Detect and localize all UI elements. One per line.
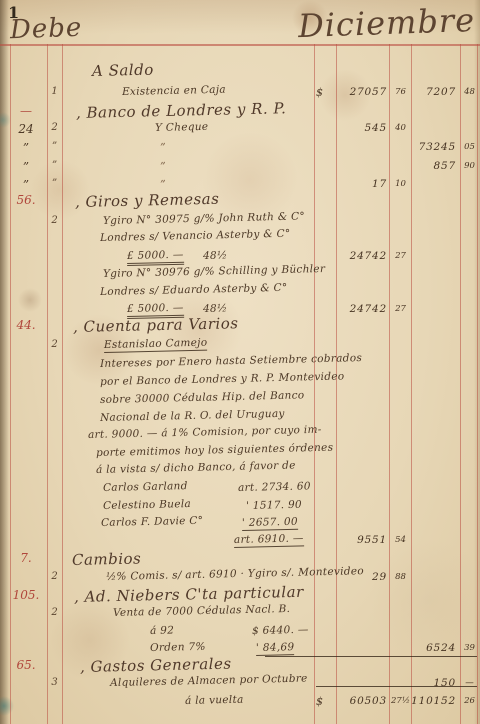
ledger-row: á la vista s/ dicho Banco, á favor de bbox=[0, 464, 480, 480]
ledger-row: 2Estanislao Camejo bbox=[0, 339, 480, 355]
ledger-row: £ 5000. —48½2474227 bbox=[0, 303, 480, 319]
entry-text-2: 48½ bbox=[203, 302, 228, 315]
amount-debit-cents: 10 bbox=[391, 179, 410, 189]
ledger-row: 44., Cuenta para Varios bbox=[0, 318, 480, 334]
entry-number: 1 bbox=[47, 86, 62, 97]
ledger-row: sobre 30000 Cédulas Hip. del Banco bbox=[0, 394, 480, 410]
entry-number: 3 bbox=[47, 677, 62, 688]
folio-number: 44. bbox=[6, 318, 46, 332]
ditto-mark: ” bbox=[160, 141, 166, 154]
section-heading: , Cuenta para Varios bbox=[73, 314, 239, 336]
amount-total: 73245 bbox=[400, 141, 456, 153]
entry-text-2: 48½ bbox=[203, 249, 228, 262]
folio-number: 24 bbox=[6, 122, 46, 136]
entry-text: Estanislao Camejo bbox=[104, 337, 208, 353]
amount-total-cents: 05 bbox=[461, 142, 478, 152]
entry-number: ” bbox=[47, 160, 62, 171]
entry-text-2: ' 1517. 90 bbox=[246, 499, 302, 512]
amount-total-cents: 26 bbox=[461, 696, 478, 706]
entry-number: ” bbox=[47, 178, 62, 189]
folio-number: ” bbox=[6, 160, 46, 174]
folio-number: ” bbox=[6, 141, 46, 155]
entry-text: Carlos F. Davie C° bbox=[101, 515, 203, 529]
folio-number: — bbox=[6, 104, 46, 118]
folio-number: ” bbox=[6, 178, 46, 192]
ledger-row: Carlos F. Davie C°' 2657. 00 bbox=[0, 517, 480, 533]
entry-text: á la vuelta bbox=[185, 694, 244, 707]
ledger-row: 2Venta de 7000 Cédulas Nacl. B. bbox=[0, 607, 480, 623]
ledger-row: £ 5000. —48½2474227 bbox=[0, 250, 480, 266]
header-rule bbox=[0, 44, 480, 46]
amount-debit: 24742 bbox=[330, 303, 387, 315]
amount-total: 857 bbox=[400, 160, 456, 172]
section-heading: A Saldo bbox=[92, 61, 154, 80]
ledger-row: 7.Cambios bbox=[0, 551, 480, 567]
entry-text: Nacional de la R. O. del Uruguay bbox=[100, 408, 285, 424]
ledger-row: —, Banco de Londres y R. P. bbox=[0, 104, 480, 120]
folio-number: 56. bbox=[6, 193, 46, 207]
section-heading: , Gastos Generales bbox=[80, 655, 232, 676]
entry-text: Existencia en Caja bbox=[122, 84, 226, 98]
amount-debit: 9551 bbox=[330, 534, 387, 546]
entry-text: Venta de 7000 Cédulas Nacl. B. bbox=[113, 603, 290, 619]
ledger-row: Orden 7%' 84,69652439 bbox=[0, 642, 480, 658]
section-heading: , Banco de Londres y R. P. bbox=[76, 99, 287, 122]
amount-debit-cents: 27 bbox=[391, 251, 410, 261]
amount-total-cents: — bbox=[461, 678, 478, 688]
ledger-row: 3Alquileres de Almacen por Octubre150— bbox=[0, 677, 480, 693]
ledger-row: Celestino Buela' 1517. 90 bbox=[0, 500, 480, 516]
ledger-row: art. 9000. — á 1% Comision, por cuyo im- bbox=[0, 429, 480, 445]
ledger-row: ”””1710 bbox=[0, 178, 480, 194]
ledger-row: Carlos Garlandart. 2734. 60 bbox=[0, 482, 480, 498]
amount-debit-cents: 27 bbox=[391, 304, 410, 314]
amount-total: 150 bbox=[400, 677, 456, 689]
amount-debit-cents: 88 bbox=[391, 572, 410, 582]
entry-text: £ 5000. — bbox=[127, 249, 184, 266]
amount-total: 6524 bbox=[400, 642, 456, 654]
ledger-page: 1 Debe Diciembre A Saldo1Existencia en C… bbox=[0, 0, 480, 724]
entry-text-2: art. 6910. — bbox=[234, 532, 304, 548]
amount-debit: 24742 bbox=[330, 250, 387, 262]
amount-total: 110152 bbox=[400, 695, 456, 707]
ledger-row: por el Banco de Londres y R. P. Montevid… bbox=[0, 376, 480, 392]
folio-number: 7. bbox=[6, 551, 46, 565]
entry-text-2: art. 2734. 60 bbox=[238, 480, 311, 494]
amount-debit: 29 bbox=[330, 571, 387, 583]
entry-text: Londres s/ Eduardo Asterby & C° bbox=[100, 282, 288, 298]
entry-text: ½% Comis. s/ art. 6910 · Ygiro s/. Monte… bbox=[106, 565, 364, 583]
amount-debit-cents: 40 bbox=[391, 123, 410, 133]
ledger-row: A Saldo bbox=[0, 62, 480, 78]
ledger-row: Londres s/ Eduardo Asterby & C° bbox=[0, 286, 480, 302]
amount-debit: 545 bbox=[330, 122, 387, 134]
ledger-row: Ygiro N° 30976 g/% Schilling y Büchler bbox=[0, 268, 480, 284]
amount-total-cents: 90 bbox=[461, 161, 478, 171]
header-debe: Debe bbox=[9, 13, 82, 46]
entry-text-2: $ 6440. — bbox=[252, 624, 309, 637]
entry-number: 2 bbox=[47, 122, 62, 133]
ledger-row: 56., Giros y Remesas bbox=[0, 193, 480, 209]
entry-number: 2 bbox=[47, 339, 62, 350]
ledger-row: ”””85790 bbox=[0, 160, 480, 176]
currency-symbol: $ bbox=[316, 695, 331, 708]
entry-text: Y Cheque bbox=[155, 121, 209, 134]
entry-text: á 92 bbox=[150, 624, 174, 637]
section-heading: , Giros y Remesas bbox=[75, 190, 220, 211]
currency-symbol: $ bbox=[316, 86, 331, 99]
amount-total-cents: 39 bbox=[461, 643, 478, 653]
entry-number: ” bbox=[47, 141, 62, 152]
amount-total: 7207 bbox=[400, 86, 456, 98]
amount-debit-cents: 54 bbox=[391, 535, 410, 545]
entry-number: 2 bbox=[47, 607, 62, 618]
header-month: Diciembre bbox=[297, 1, 475, 45]
entry-text-2: ' 2657. 00 bbox=[242, 516, 298, 531]
amount-total-cents: 48 bbox=[461, 87, 478, 97]
ditto-mark: ” bbox=[160, 160, 166, 173]
entry-text: Carlos Garland bbox=[103, 480, 188, 494]
ledger-row: á la vuelta$6050327½11015226 bbox=[0, 695, 480, 711]
ledger-row: Londres s/ Venancio Asterby & C° bbox=[0, 232, 480, 248]
entry-number: 2 bbox=[47, 571, 62, 582]
entry-text: Celestino Buela bbox=[103, 498, 191, 512]
ledger-row: á 92$ 6440. — bbox=[0, 625, 480, 641]
amount-debit: 17 bbox=[330, 178, 387, 190]
amount-debit: 60503 bbox=[330, 695, 387, 707]
folio-number: 65. bbox=[6, 658, 46, 672]
amount-debit: 27057 bbox=[330, 86, 387, 98]
ledger-row: ”””7324505 bbox=[0, 141, 480, 157]
entry-text: Orden 7% bbox=[150, 641, 206, 654]
ditto-mark: ” bbox=[160, 178, 166, 191]
ledger-row: 65., Gastos Generales bbox=[0, 658, 480, 674]
section-heading: Cambios bbox=[72, 549, 142, 569]
ledger-row: 242Y Cheque54540 bbox=[0, 122, 480, 138]
entry-number: 2 bbox=[47, 215, 62, 226]
entry-text: Alquileres de Almacen por Octubre bbox=[110, 673, 308, 689]
entry-text-2: ' 84,69 bbox=[256, 641, 295, 656]
ledger-row: art. 6910. —955154 bbox=[0, 534, 480, 550]
ledger-row: 105., Ad. Niebers C'ta particular bbox=[0, 588, 480, 604]
folio-number: 105. bbox=[6, 588, 46, 602]
entry-text: Ygiro N° 30975 g/% John Ruth & C° bbox=[103, 210, 305, 227]
ledger-row: Intereses por Enero hasta Setiembre cobr… bbox=[0, 358, 480, 374]
